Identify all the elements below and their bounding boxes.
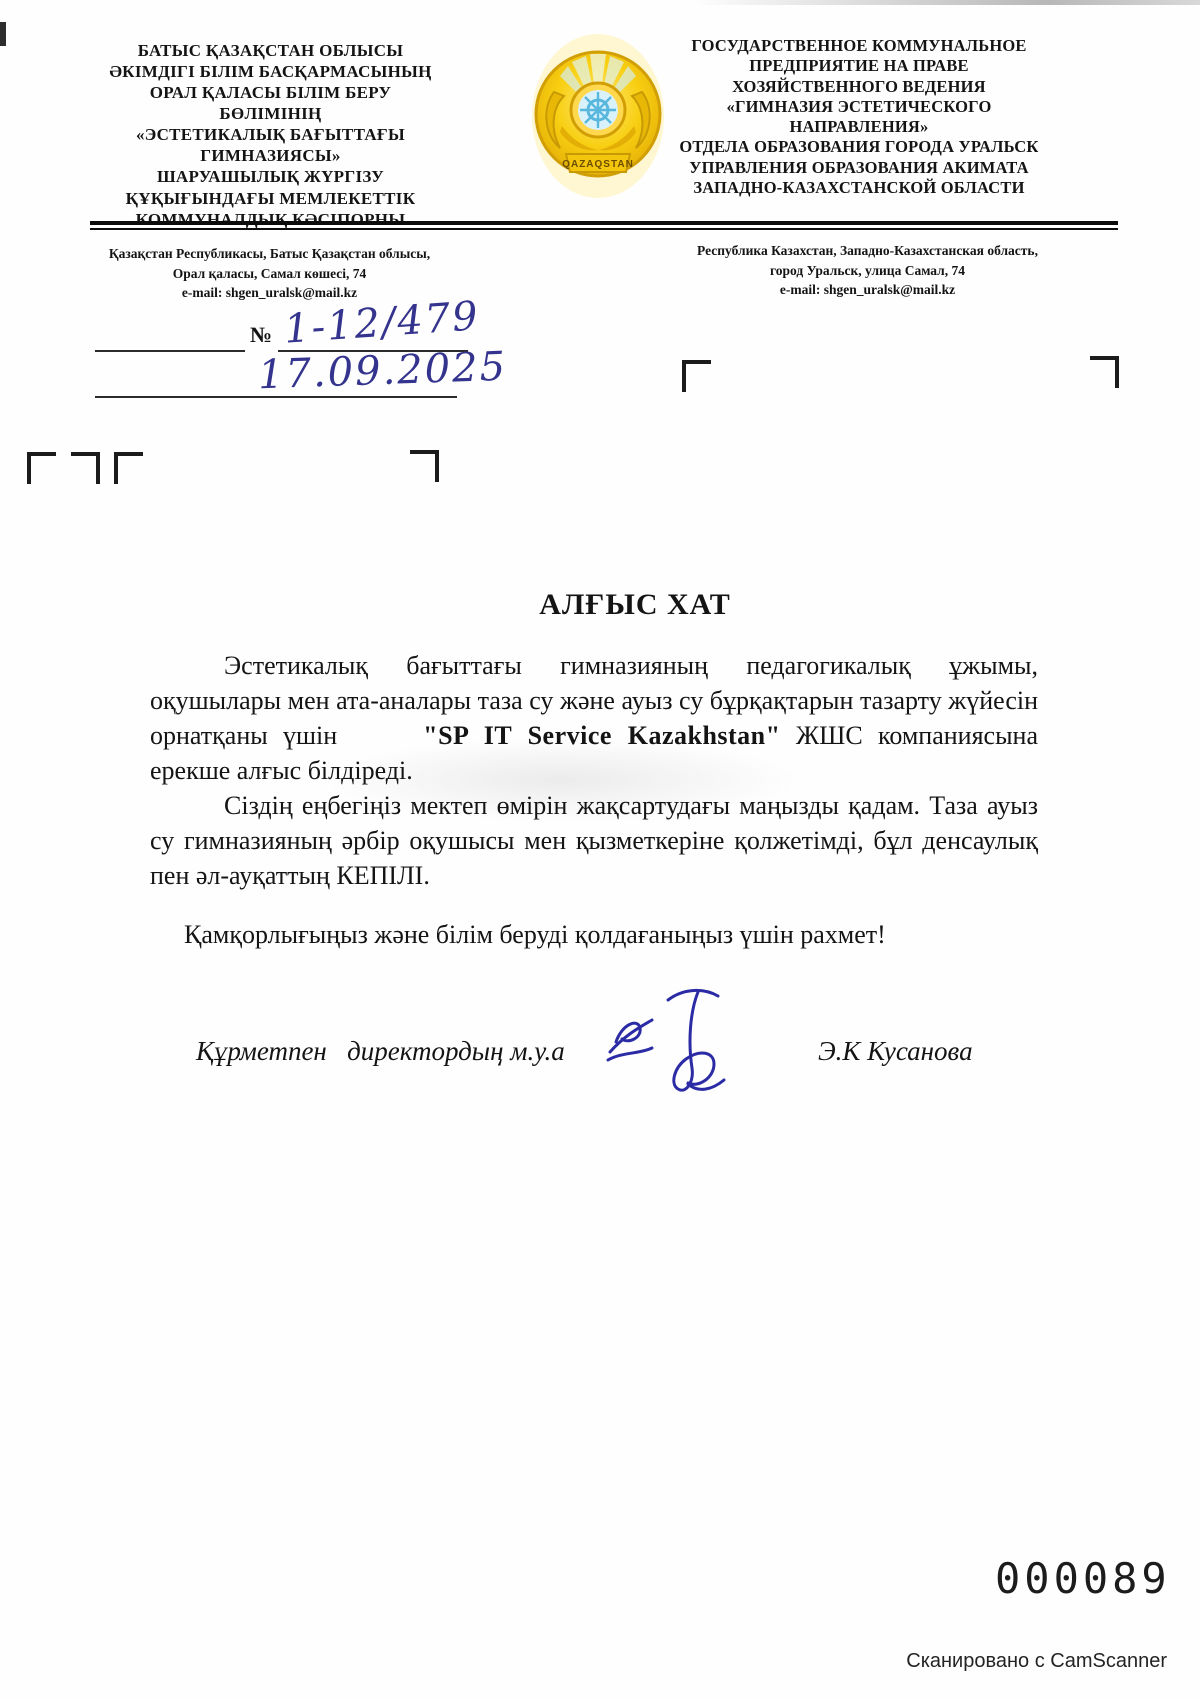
paragraph-gratitude: Эстетикалық бағыттағы гимназияның педаго… (150, 648, 1038, 788)
crop-mark (410, 450, 439, 482)
signature-row: Құрметпен директордың м.у.а Э.К Кусанова (150, 1000, 1050, 1130)
crop-mark (1090, 356, 1119, 388)
kazakhstan-emblem-icon: QAZAQSTAN (528, 32, 668, 202)
scan-edge-artifact (690, 0, 1200, 5)
signatory-name: Э.К Кусанова (818, 1036, 973, 1067)
paragraph-thanks: Қамқорлығыңыз және білім беруді қолдаған… (150, 917, 1038, 952)
letterhead-left-text: БАТЫС ҚАЗАҚСТАН ОБЛЫСЫ ӘКІМДІГІ БІЛІМ БА… (98, 40, 443, 230)
signature-role: Құрметпен директордың м.у.а (196, 1036, 565, 1067)
emblem-caption: QAZAQSTAN (562, 159, 634, 170)
crop-mark (682, 360, 711, 392)
header-divider-rule (90, 221, 1118, 230)
signature-autograph-icon (602, 976, 732, 1104)
paragraph-impact: Сіздің еңбегіңіз мектеп өмірін жақсартуд… (150, 788, 1038, 893)
scanned-letter-page: БАТЫС ҚАЗАҚСТАН ОБЛЫСЫ ӘКІМДІГІ БІЛІМ БА… (0, 0, 1200, 1698)
crop-mark (71, 452, 100, 484)
letter-title: АЛҒЫС ХАТ (191, 588, 1079, 622)
address-kazakh-text: Қазақстан Республикасы, Батыс Қазақстан … (82, 244, 457, 303)
letterhead-right-text: ГОСУДАРСТВЕННОЕ КОММУНАЛЬНОЕ ПРЕДПРИЯТИЕ… (668, 36, 1050, 198)
crop-mark (27, 452, 56, 484)
letter-body: АЛҒЫС ХАТ Эстетикалық бағыттағы гимназия… (150, 588, 1038, 952)
ref-date-underline (95, 396, 457, 398)
scan-edge-artifact (0, 22, 6, 46)
ref-blank-underline (95, 350, 245, 352)
address-russian-text: Республика Казахстан, Западно-Казахстанс… (655, 241, 1080, 300)
ref-date-handwritten: 17.09.2025 (257, 344, 507, 399)
page-stamp-number: 000089 (995, 1554, 1171, 1603)
camscanner-caption: Сканировано с CamScanner (906, 1650, 1167, 1673)
crop-mark (114, 452, 143, 484)
ref-number-label: № (250, 322, 272, 348)
company-name-bold: "SP IT Service Kazakhstan" (423, 721, 780, 750)
